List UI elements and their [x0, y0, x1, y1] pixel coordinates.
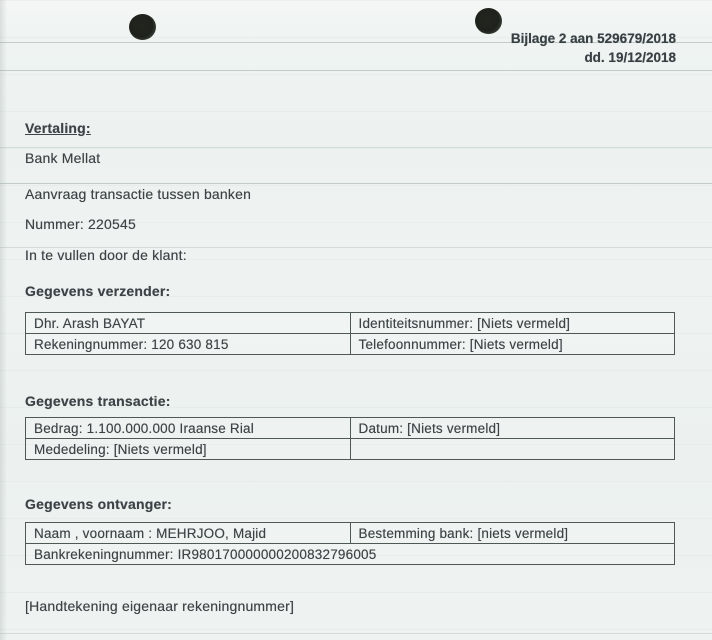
request-title-line: Aanvraag transactie tussen banken	[25, 186, 251, 202]
document-reference-header: Bijlage 2 aan 529679/2018 dd. 19/12/2018	[511, 29, 676, 67]
table-row: Bedrag: 1.100.000.000 Iraanse Rial Datum…	[26, 418, 675, 439]
scan-streak	[0, 147, 712, 148]
table-row: Bankrekeningnummer: IR980170000000200832…	[26, 544, 675, 565]
transaction-section-heading: Gegevens transactie:	[25, 393, 171, 409]
table-row: Naam , voornaam : MEHRJOO, Majid Bestemm…	[26, 523, 675, 544]
bank-name-line: Bank Mellat	[25, 150, 100, 166]
receiver-destination-bank-cell: Bestemming bank: [niets vermeld]	[350, 523, 675, 544]
receiver-table: Naam , voornaam : MEHRJOO, Majid Bestemm…	[25, 522, 675, 565]
transaction-message-cell: Mededeling: [Niets vermeld]	[26, 439, 351, 460]
reference-number: Bijlage 2 aan 529679/2018	[511, 29, 676, 48]
signature-placeholder: [Handtekening eigenaar rekeningnummer]	[25, 598, 294, 614]
transaction-table: Bedrag: 1.100.000.000 Iraanse Rial Datum…	[25, 417, 675, 460]
transaction-amount-cell: Bedrag: 1.100.000.000 Iraanse Rial	[26, 418, 351, 439]
receiver-section-heading: Gegevens ontvanger:	[25, 496, 172, 512]
scanned-document-page: Bijlage 2 aan 529679/2018 dd. 19/12/2018…	[0, 0, 712, 640]
receiver-name-cell: Naam , voornaam : MEHRJOO, Majid	[26, 523, 351, 544]
sender-table: Dhr. Arash BAYAT Identiteitsnummer: [Nie…	[25, 312, 675, 355]
table-row: Mededeling: [Niets vermeld]	[26, 439, 675, 460]
sender-identity-cell: Identiteitsnummer: [Niets vermeld]	[350, 313, 675, 334]
sender-name-cell: Dhr. Arash BAYAT	[26, 313, 351, 334]
sender-section-heading: Gegevens verzender:	[25, 283, 170, 299]
receiver-iban-cell: Bankrekeningnummer: IR980170000000200832…	[26, 544, 675, 565]
table-row: Rekeningnummer: 120 630 815 Telefoonnumm…	[26, 334, 675, 355]
scan-streak	[0, 70, 712, 71]
translation-title: Vertaling:	[25, 120, 91, 136]
number-line: Nummer: 220545	[25, 216, 136, 232]
scan-edge-shading	[0, 0, 7, 640]
sender-account-cell: Rekeningnummer: 120 630 815	[26, 334, 351, 355]
sender-phone-cell: Telefoonnummer: [Niets vermeld]	[350, 334, 675, 355]
scan-streak	[0, 633, 712, 634]
scan-streak	[0, 183, 712, 184]
table-row: Dhr. Arash BAYAT Identiteitsnummer: [Nie…	[26, 313, 675, 334]
punch-hole-right	[475, 8, 502, 34]
fill-in-line: In te vullen door de klant:	[25, 247, 187, 263]
punch-hole-left	[129, 14, 156, 40]
transaction-empty-cell	[350, 439, 675, 460]
reference-date: dd. 19/12/2018	[511, 48, 676, 67]
transaction-date-cell: Datum: [Niets vermeld]	[350, 418, 675, 439]
